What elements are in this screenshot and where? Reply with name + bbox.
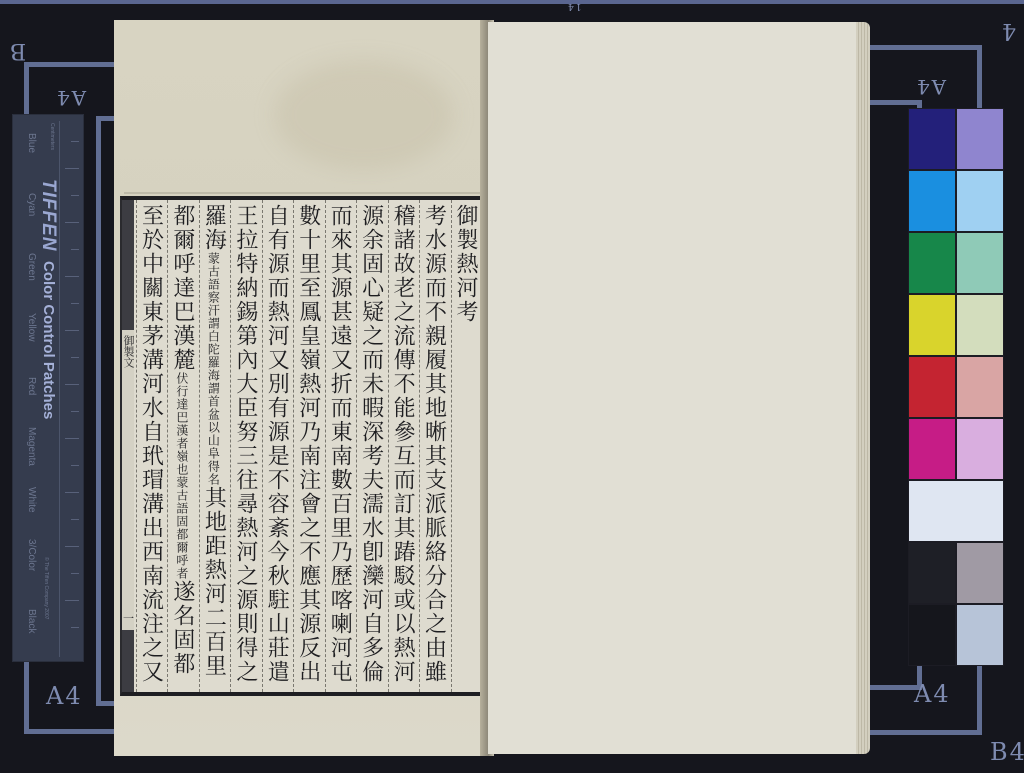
card-title: Color Control Patches [40,261,57,419]
guide-label-a4-bottom-right: A4 [914,680,951,708]
patch-three-color-light [956,542,1004,604]
patch-magenta-dark [908,418,956,480]
patch-black-light [956,604,1004,666]
text-column: 自有源而熱河又別有源是不容紊今秋駐山莊遣喀喇沁郡 [262,200,293,692]
patch-white [908,480,1004,542]
guide-label-b4-bottom-right: B4 [990,738,1024,766]
interlinear-annotation: 伏行達巴漢者嶺也蒙古語固都爾呼者 [174,372,190,580]
ruler-mark: 14 [566,1,581,11]
card-patch-name: Green [26,253,37,281]
guide-label-b: B [8,38,26,63]
patch-yellow-dark [908,294,956,356]
card-units-label: Centimeters [49,123,55,150]
patch-magenta-light [956,418,1004,480]
copy-stand-edge [0,0,1024,4]
color-patch-strip [908,108,1005,668]
guide-label-a4-top-right: A4 [915,75,946,99]
right-page-blank [488,22,860,754]
guide-label-a4-top-left: A4 [55,86,86,110]
text-column-with-annotation: 都爾呼達巴漢麓伏行達巴漢者嶺也蒙古語固都爾呼者遂名固都爾呼河西南 [167,200,198,692]
patch-cyan-dark [908,170,956,232]
patch-yellow-light [956,294,1004,356]
text-column: 而來其源甚遠又折而東南數百里乃歷喀喇河屯又東南流 [325,200,356,692]
text-column: 王拉特納錫第內大臣努三往尋熱河之源則得之於察汗陀 [230,200,261,692]
paper-stain [274,60,454,170]
text-column-with-annotation: 羅海蒙古語察汗謂白陀羅海謂首盆以山阜得名其地距熱河二百里而贏流經固 [199,200,230,692]
text-column: 源余固心疑之而未暇深考夫濡水卽灤河自多倫諾爾之北 [356,200,387,692]
card-copyright: © The Tiffen Company 2007 [43,557,49,619]
paper-fold-line [124,192,484,194]
block-center-margin: 御製文 一 [122,200,134,692]
patch-blue-dark [908,108,956,170]
card-patch-name: 3/Color [26,539,37,571]
guide-label-4-top-right: 4 [1000,18,1016,43]
scan-stage: B A4 4 A4 A4 A4 B4 14 Centimeters TIFFEN… [0,0,1024,773]
card-ruler [59,121,79,657]
text-column: 稽諸故老之流傳不能參互而訂其踳駁或以熱河爲濡水之 [388,200,419,692]
guide-label-a4-bottom-left: A4 [46,682,83,710]
margin-title: 御製文 [123,335,135,368]
card-patch-name: Black [26,609,37,633]
patch-red-dark [908,356,956,418]
card-patch-name: Cyan [26,193,37,216]
left-page: 御製文 一 御製熱河考 考水源而不親履其地晰其支派脈絡分合之由雖博綜載籍 稽諸故… [114,20,489,756]
text-column-title: 御製熱河考 [451,200,482,692]
main-text: 都爾呼達巴漢麓 [170,204,195,372]
open-book: 御製文 一 御製熱河考 考水源而不親履其地晰其支派脈絡分合之由雖博綜載籍 稽諸故… [114,20,872,756]
text-column: 數十里至鳳皇嶺熱河乃南注會之不應其源反出於此益濡 [293,200,324,692]
patch-black-dark [908,604,956,666]
text-column: 考水源而不親履其地晰其支派脈絡分合之由雖博綜載籍 [419,200,450,692]
patch-cyan-light [956,170,1004,232]
card-patch-name: White [26,487,37,513]
main-text: 羅海 [201,204,226,252]
patch-three-color-dark [908,542,956,604]
patch-blue-light [956,108,1004,170]
patch-green-light [956,232,1004,294]
patch-red-light [956,356,1004,418]
card-patch-name: Yellow [26,313,37,342]
card-patch-name: Red [26,377,37,395]
page-stack-edge [856,22,870,754]
card-patch-name: Blue [26,133,37,153]
card-brand-logo: TIFFEN [37,179,59,252]
interlinear-annotation: 蒙古語察汗謂白陀羅海謂首盆以山阜得名 [205,252,221,486]
text-columns: 御製熱河考 考水源而不親履其地晰其支派脈絡分合之由雖博綜載籍 稽諸故老之流傳不能… [136,200,482,692]
folio-number: 一 [123,610,134,626]
text-column: 至於中關東茅溝河水自玳瑁溝出西南流注之又合而南流 [136,200,167,692]
card-patch-name: Magenta [26,427,37,466]
tiffen-color-card: Centimeters TIFFEN Color Control Patches… [12,114,84,662]
printed-text-block: 御製文 一 御製熱河考 考水源而不親履其地晰其支派脈絡分合之由雖博綜載籍 稽諸故… [120,196,484,696]
patch-green-dark [908,232,956,294]
